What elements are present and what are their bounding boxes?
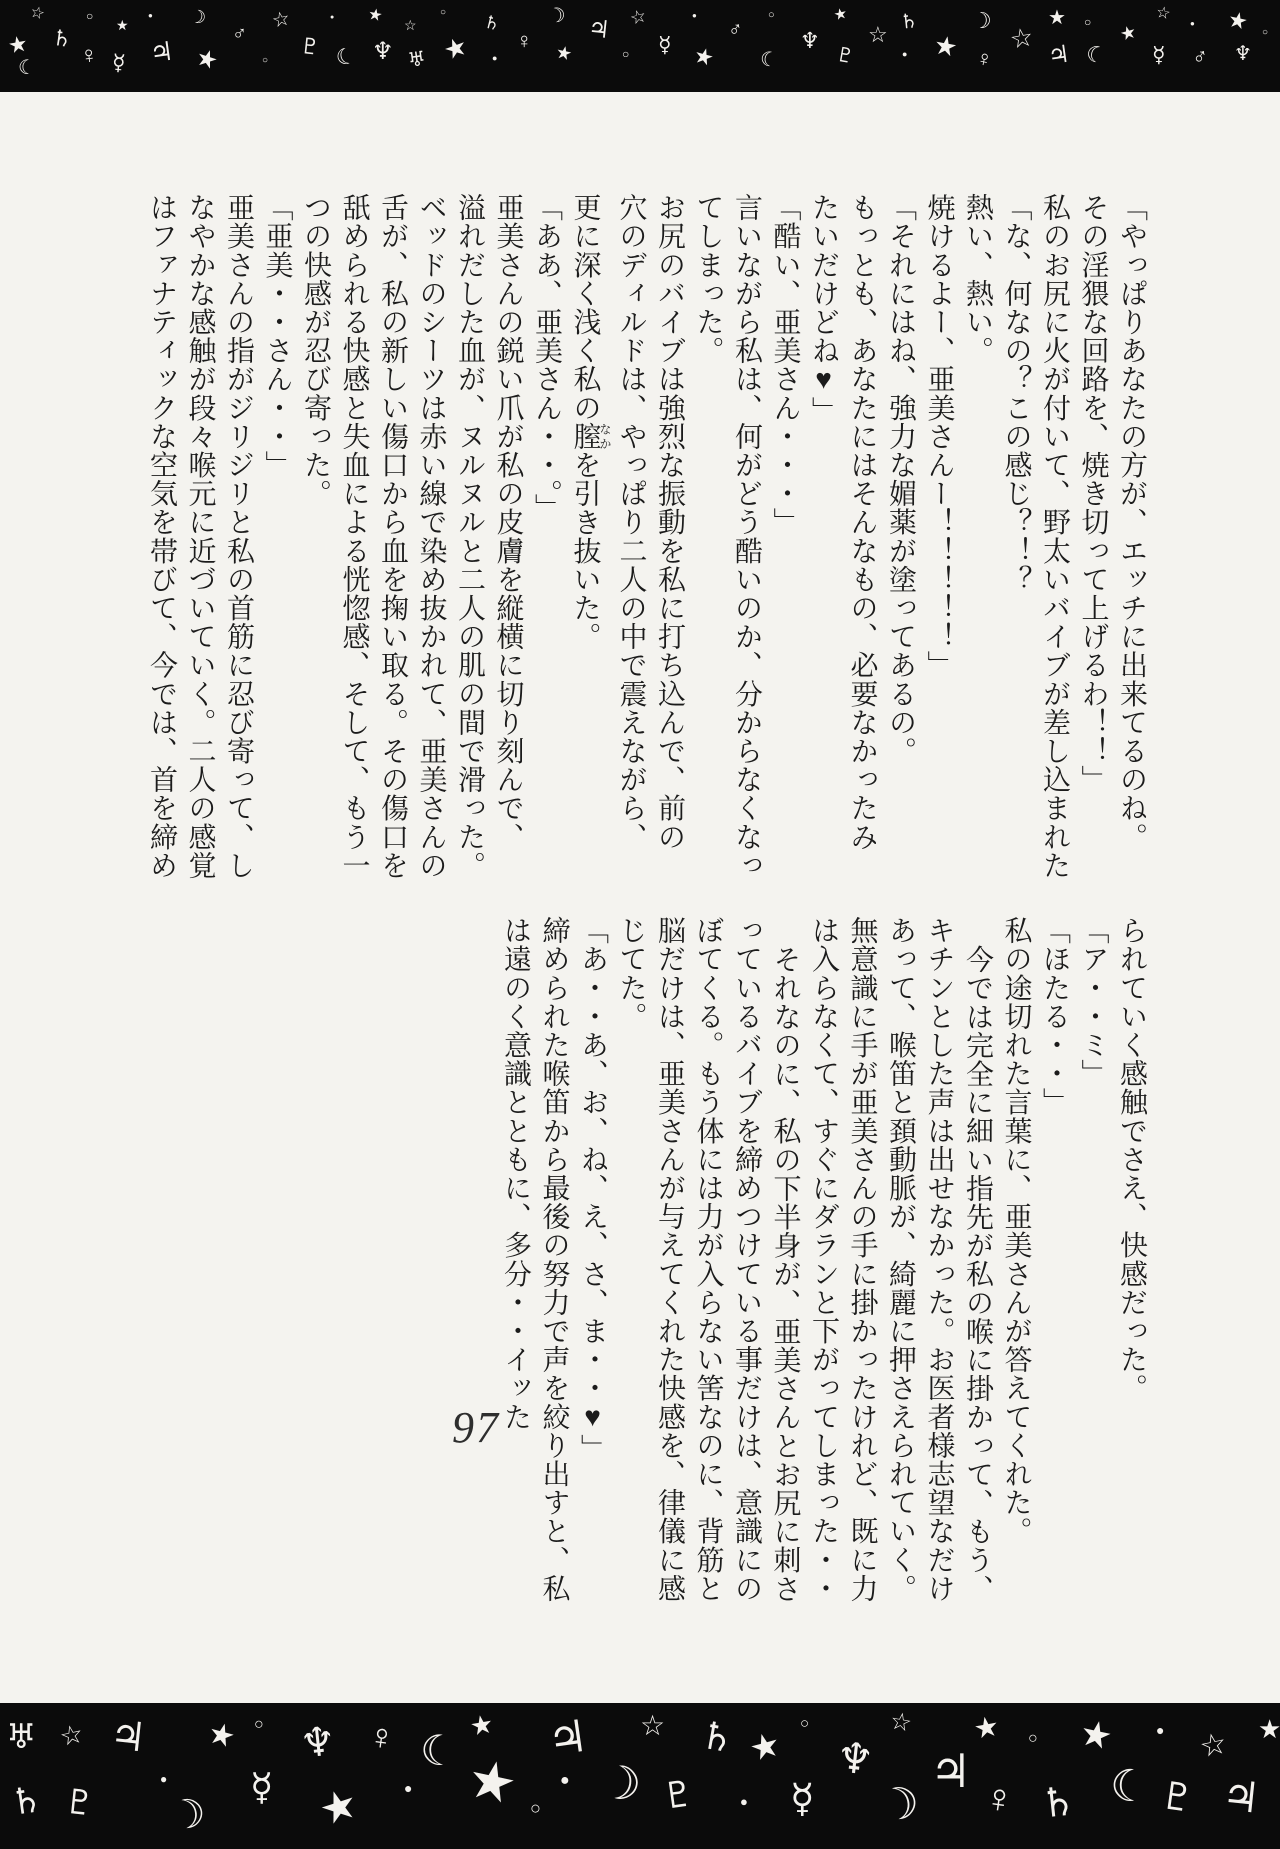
mercury-symbol-icon: ☿ xyxy=(250,1769,273,1807)
crescent-moon-icon: ☽ xyxy=(546,5,567,28)
star-icon: ★ xyxy=(463,1751,522,1814)
mars-symbol-icon: ♂ xyxy=(727,19,745,41)
star-icon: ★ xyxy=(1077,1714,1116,1756)
star-outline-icon: ☆ xyxy=(628,6,648,28)
crescent-moon-icon: ☽ xyxy=(876,1779,924,1830)
circle-dot-icon: ● xyxy=(560,1773,570,1789)
circle-outline-icon: ○ xyxy=(1084,16,1091,28)
neptune-symbol-icon: ♆ xyxy=(834,1737,876,1783)
text-block-lower: られていく感触でさえ、快感だった。「ア・・ミ」「ほたる・・」私の途切れた言葉に、… xyxy=(496,916,1151,1622)
circle-dot-icon: ● xyxy=(902,50,907,59)
circle-dot-icon: ● xyxy=(740,1795,748,1808)
venus-symbol-icon: ♀ xyxy=(366,1717,398,1756)
text-column: 溢れだした血が、ヌルヌルと二人の肌の間で滑った。 xyxy=(450,193,489,899)
star-icon: ★ xyxy=(1258,1717,1280,1743)
circle-dot-icon: ● xyxy=(492,54,497,63)
mercury-symbol-icon: ☿ xyxy=(658,34,672,56)
text-column: 「ほたる・・」 xyxy=(1035,916,1074,1622)
star-outline-icon: ☆ xyxy=(58,1721,86,1751)
text-block-upper: 「やっぱりあなたの方が、エッチに出来てるのね。その淫猥な回路を、焼き切って上げる… xyxy=(142,193,1151,899)
text-column: っているバイブを締めつけている事だけは、意識にの xyxy=(727,916,766,1622)
circle-dot-icon: ● xyxy=(160,1773,167,1785)
text-column: ぼてくる。もう体には力が入らない筈なのに、背筋と xyxy=(688,916,727,1622)
text-column: 脳だけは、亜美さんが与えてくれた快感を、律儀に感 xyxy=(650,916,689,1622)
text-column: 「ああ、亜美さん・・。」 xyxy=(527,193,566,899)
text-column: 「それにはね、強力な媚薬が塗ってあるの。 xyxy=(881,193,920,899)
crescent-moon-icon: ☽ xyxy=(972,10,992,32)
text-column: じてた。 xyxy=(611,916,650,1622)
text-column: もっとも、あなたにはそんなもの、必要なかったみ xyxy=(842,193,881,899)
star-outline-icon: ☆ xyxy=(868,24,888,46)
bottom-border-band: ♅♄☆♇♃●☽★☿○♆★♀●☾★★○♃●☽☆♇♄●★☿○♆☽☆♃★♀○♄★☾●♇… xyxy=(0,1703,1280,1849)
text-column: は遠のく意識とともに、多分・・イッた xyxy=(496,916,535,1622)
saturn-symbol-icon: ♄ xyxy=(697,1716,737,1759)
crescent-moon-icon: ☾ xyxy=(420,1731,458,1773)
star-icon: ★ xyxy=(116,20,129,34)
circle-outline-icon: ○ xyxy=(1262,28,1268,38)
uranus-symbol-icon: ♅ xyxy=(6,1721,36,1755)
text-column: られていく感触でさえ、快感だった。 xyxy=(1112,916,1151,1622)
text-column: あって、喉笛と頚動脈が、綺麗に押さえられていく。 xyxy=(881,916,920,1622)
venus-symbol-icon: ♀ xyxy=(79,43,99,69)
circle-dot-icon: ● xyxy=(692,12,697,20)
circle-outline-icon: ○ xyxy=(440,8,446,18)
circle-dot-icon: ● xyxy=(148,12,153,20)
crescent-moon-icon: ☾ xyxy=(18,58,36,78)
pluto-symbol-icon: ♇ xyxy=(834,45,855,68)
star-icon: ★ xyxy=(6,32,29,57)
text-column: それなのに、私の下半身が、亜美さんとお尻に刺さ xyxy=(765,916,804,1622)
star-icon: ★ xyxy=(691,44,716,70)
top-border-band: ★☆☾♄○♀★☿●♃☽★♂○☆♇●☾★♆☆♅○★♄●♀☽★♃○☆☿●★♂☾○♆★… xyxy=(0,0,1280,92)
circle-outline-icon: ○ xyxy=(768,10,775,21)
star-outline-icon: ☆ xyxy=(28,4,46,23)
circle-outline-icon: ○ xyxy=(262,56,268,66)
pluto-symbol-icon: ♇ xyxy=(1158,1777,1197,1819)
text-column: 更に深く浅く私の膣なかを引き抜いた。 xyxy=(565,193,611,899)
text-column: 焼けるよー、亜美さんー！！！！！」 xyxy=(919,193,958,899)
text-column: 亜美さんの指がジリジリと私の首筋に忍び寄って、し xyxy=(219,193,258,899)
text-column: たいだけどね♥」 xyxy=(804,193,843,899)
star-icon: ★ xyxy=(193,45,221,74)
circle-outline-icon: ○ xyxy=(86,10,93,22)
crescent-moon-icon: ☾ xyxy=(1110,1765,1149,1809)
text-column: 私のお尻に火が付いて、野太いバイブが差し込まれた xyxy=(1035,193,1074,899)
page-scan: ★☆☾♄○♀★☿●♃☽★♂○☆♇●☾★♆☆♅○★♄●♀☽★♃○☆☿●★♂☾○♆★… xyxy=(0,0,1280,1849)
text-column: 「亜美・・さん・・」 xyxy=(257,193,296,899)
text-column: ベッドのシーツは赤い線で染め抜かれて、亜美さんの xyxy=(411,193,450,899)
saturn-symbol-icon: ♄ xyxy=(899,11,919,33)
text-column: 舌が、私の新しい傷口から血を掬い取る。その傷口を xyxy=(373,193,412,899)
mercury-symbol-icon: ☿ xyxy=(111,51,126,74)
mars-symbol-icon: ♂ xyxy=(1190,45,1210,70)
circle-outline-icon: ○ xyxy=(622,48,629,60)
venus-symbol-icon: ♀ xyxy=(974,47,995,72)
star-icon: ★ xyxy=(833,7,849,24)
text-column: つの快感が忍び寄った。 xyxy=(296,193,335,899)
pluto-symbol-icon: ♇ xyxy=(62,1785,96,1822)
circle-outline-icon: ○ xyxy=(1028,1731,1038,1747)
crescent-moon-icon: ☽ xyxy=(167,1792,209,1838)
circle-outline-icon: ○ xyxy=(254,1717,264,1733)
neptune-symbol-icon: ♆ xyxy=(372,40,394,64)
text-column: は入らなくて、すぐにダランと下がってしまった・・ xyxy=(804,916,843,1622)
pluto-symbol-icon: ♇ xyxy=(660,1775,697,1815)
star-icon: ★ xyxy=(1118,22,1138,44)
circle-outline-icon: ○ xyxy=(530,1799,541,1817)
star-icon: ★ xyxy=(205,1718,239,1754)
circle-dot-icon: ● xyxy=(404,1783,412,1797)
text-column: 「やっぱりあなたの方が、エッチに出来てるのね。 xyxy=(1112,193,1151,899)
text-column: なやかな感触が段々喉元に近づいていく。二人の感覚 xyxy=(180,193,219,899)
text-column: てしまった。 xyxy=(688,193,727,899)
star-outline-icon: ☆ xyxy=(888,1709,913,1736)
saturn-symbol-icon: ♄ xyxy=(482,12,502,33)
mercury-symbol-icon: ☿ xyxy=(1152,44,1166,66)
text-column: 「あ・・あ、お、ね、え、さ、ま・・♥」 xyxy=(573,916,612,1622)
text-column: 熱い、熱い。 xyxy=(958,193,997,899)
mars-symbol-icon: ♂ xyxy=(232,24,247,44)
saturn-symbol-icon: ♄ xyxy=(1038,1781,1078,1825)
text-column: 「ア・・ミ」 xyxy=(1073,916,1112,1622)
star-icon: ★ xyxy=(440,33,471,65)
saturn-symbol-icon: ♄ xyxy=(8,1781,45,1821)
star-icon: ★ xyxy=(554,43,574,64)
text-column: 穴のディルドは、やっぱり二人の中で震えながら、 xyxy=(611,193,650,899)
saturn-symbol-icon: ♄ xyxy=(51,27,74,52)
text-column: 舐められる快感と失血による恍惚感、そして、もう一 xyxy=(334,193,373,899)
text-column: その淫猥な回路を、焼き切って上げるわ！！」 xyxy=(1073,193,1112,899)
circle-dot-icon: ● xyxy=(1190,20,1195,28)
text-column: 亜美さんの鋭い爪が私の皮膚を縦横に切り刻んで、 xyxy=(488,193,527,899)
text-column: 「酷い、亜美さん・・・」 xyxy=(765,193,804,899)
jupiter-symbol-icon: ♃ xyxy=(587,17,611,43)
star-icon: ★ xyxy=(1048,8,1066,28)
star-icon: ★ xyxy=(972,1713,1002,1745)
star-icon: ★ xyxy=(1226,8,1250,34)
star-icon: ★ xyxy=(314,1782,363,1834)
crescent-moon-icon: ☽ xyxy=(597,1758,644,1809)
neptune-symbol-icon: ♆ xyxy=(298,1721,338,1765)
jupiter-symbol-icon: ♃ xyxy=(1220,1775,1262,1821)
page-number: 97 xyxy=(452,1402,500,1453)
star-icon: ★ xyxy=(746,1728,784,1769)
text-column: 無意識に手が亜美さんの手に掛かったけれど、既に力 xyxy=(842,916,881,1622)
circle-dot-icon: ● xyxy=(1156,1725,1164,1739)
uranus-symbol-icon: ♅ xyxy=(407,49,428,71)
text-column: 言いながら私は、何がどう酷いのか、分からなくなっ xyxy=(727,193,766,899)
text-column: キチンとした声は出せなかった。お医者様志望なだけ xyxy=(919,916,958,1622)
venus-symbol-icon: ♀ xyxy=(516,30,533,52)
neptune-symbol-icon: ♆ xyxy=(1234,44,1252,64)
mercury-symbol-icon: ☿ xyxy=(790,1779,815,1819)
text-column: 「な、何なの？この感じ？！？ xyxy=(996,193,1035,899)
star-icon: ★ xyxy=(468,1711,495,1741)
text-column: 締められた喉笛から最後の努力で声を絞り出すと、私 xyxy=(534,916,573,1622)
venus-symbol-icon: ♀ xyxy=(981,1777,1016,1821)
star-icon: ★ xyxy=(932,32,959,62)
star-outline-icon: ☆ xyxy=(1155,5,1172,23)
star-outline-icon: ☆ xyxy=(270,8,292,31)
text-column: お尻のバイブは強烈な振動を私に打ち込んで、前の xyxy=(650,193,689,899)
crescent-moon-icon: ☾ xyxy=(333,44,358,70)
star-outline-icon: ☆ xyxy=(640,1713,665,1741)
circle-dot-icon: ● xyxy=(330,14,334,21)
text-column: はファナティックな空気を帯びて、今では、首を締め xyxy=(142,193,181,899)
star-icon: ★ xyxy=(367,7,384,25)
pluto-symbol-icon: ♇ xyxy=(299,35,321,59)
jupiter-symbol-icon: ♃ xyxy=(148,39,175,68)
star-outline-icon: ☆ xyxy=(1008,24,1035,54)
crescent-moon-icon: ☾ xyxy=(1083,42,1108,68)
crescent-moon-icon: ☽ xyxy=(188,7,208,28)
crescent-moon-icon: ☾ xyxy=(759,49,780,71)
neptune-symbol-icon: ♆ xyxy=(800,30,820,52)
star-outline-icon: ☆ xyxy=(404,20,417,34)
circle-outline-icon: ○ xyxy=(800,1717,809,1732)
star-outline-icon: ☆ xyxy=(1197,1729,1230,1764)
jupiter-symbol-icon: ♃ xyxy=(545,1714,590,1763)
text-column: 私の途切れた言葉に、亜美さんが答えてくれた。 xyxy=(996,916,1035,1622)
jupiter-symbol-icon: ♃ xyxy=(930,1749,971,1795)
text-column: 今では完全に細い指先が私の喉に掛かって、もう、 xyxy=(958,916,997,1622)
jupiter-symbol-icon: ♃ xyxy=(1046,43,1071,70)
jupiter-symbol-icon: ♃ xyxy=(108,1715,148,1759)
